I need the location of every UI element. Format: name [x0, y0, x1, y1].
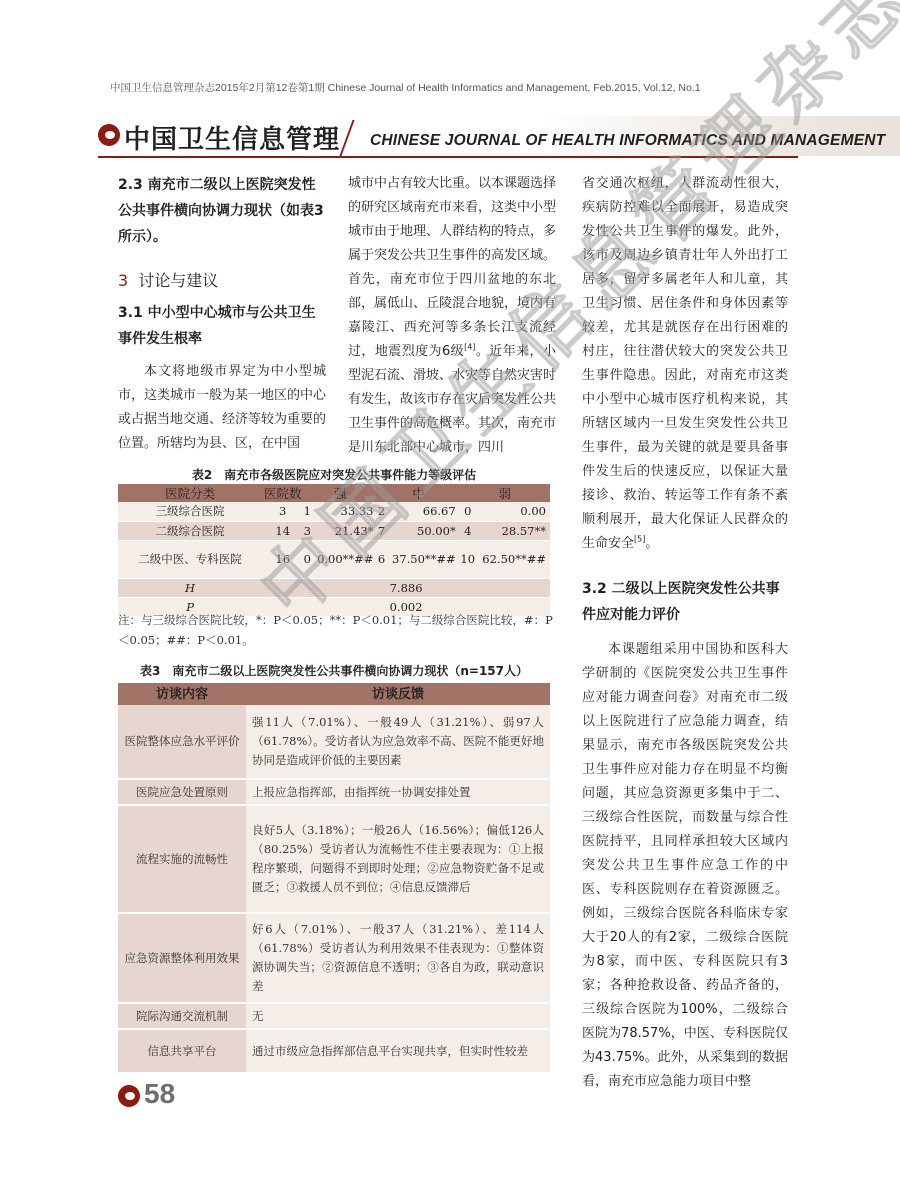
column-header: 中	[377, 484, 459, 502]
cell: 21.43*	[311, 521, 377, 540]
paragraph: 本课题组采用中国协和医科大学研制的《医院突发公共卫生事件应对能力调查问卷》对南充…	[582, 638, 788, 1094]
page-number: 58	[144, 1078, 175, 1110]
section-2-3-heading: 2.3 南充市二级以上医院突发性公共事件横向协调力现状（如表3所示）。	[118, 172, 326, 250]
column-1: 2.3 南充市二级以上医院突发性公共事件横向协调力现状（如表3所示）。 3讨论与…	[118, 172, 326, 456]
table-row: 医院整体应急水平评价 强11人（7.01%）、一般49人（31.21%）、弱97…	[118, 705, 550, 779]
cell: 7.886	[262, 578, 550, 597]
paragraph-text: 。	[645, 536, 658, 551]
cell: 3	[303, 521, 311, 540]
cell: 0.00	[476, 502, 550, 521]
cell: 0	[303, 540, 311, 578]
column-header: 医院分类	[118, 484, 262, 502]
running-head: 中国卫生信息管理杂志2015年2月第12卷第1期 Chinese Journal…	[110, 80, 701, 95]
cell: 好6人（7.01%）、一般37人（31.21%）、差114人（61.78%）受访…	[246, 913, 550, 1003]
cell: 66.67	[386, 502, 460, 521]
cell: 0.00**##	[311, 540, 377, 578]
column-header: 访谈内容	[118, 683, 246, 705]
cell: 1	[303, 502, 311, 521]
table-3: 访谈内容 访谈反馈 医院整体应急水平评价 强11人（7.01%）、一般49人（3…	[118, 683, 550, 1074]
table-row: 医院应急处置原则 上报应急指挥部，由指挥统一协调安排处置	[118, 779, 550, 805]
paragraph-text: 省交通次枢纽，人群流动性很大，疾病防控难以全面展开，易造成突发性公共卫生事件的爆…	[582, 176, 788, 551]
column-2: 城市中占有较大比重。以本课题选择的研究区域南充市来看，这类中小型城市由于地理、人…	[348, 172, 556, 460]
cell: 6	[377, 540, 385, 578]
citation-ref[interactable]: [4]	[464, 343, 475, 352]
cell: 流程实施的流畅性	[118, 805, 246, 913]
cell: 16	[262, 540, 303, 578]
cell: 3	[262, 502, 303, 521]
cell: 33.33	[311, 502, 377, 521]
cell: H	[118, 578, 262, 597]
table-3-caption: 表3 南充市二级以上医院突发性公共事件横向协调力现状（n=157人）	[118, 662, 550, 679]
cell: 院际沟通交流机制	[118, 1003, 246, 1029]
cell: 医院整体应急水平评价	[118, 705, 246, 779]
masthead-rule	[98, 156, 798, 158]
section-3-2-heading: 3.2 二级以上医院突发性公共事件应对能力评价	[582, 576, 788, 628]
table-2-note: 注：与三级综合医院比较，*：P＜0.05；**：P＜0.01；与二级综合医院比较…	[118, 610, 554, 650]
cell: 7	[377, 521, 385, 540]
citation-ref[interactable]: [5]	[634, 535, 645, 544]
table-header-row: 访谈内容 访谈反馈	[118, 683, 550, 705]
table-row: 流程实施的流畅性 良好5人（3.18%）；一般26人（16.56%）；偏低126…	[118, 805, 550, 913]
masthead: 中国卫生信息管理 CHINESE JOURNAL OF HEALTH INFOR…	[0, 116, 900, 156]
table-row: 应急资源整体利用效果 好6人（7.01%）、一般37人（31.21%）、差114…	[118, 913, 550, 1003]
column-header: 弱	[460, 484, 550, 502]
journal-title-en: CHINESE JOURNAL OF HEALTH INFORMATICS AN…	[370, 132, 885, 150]
cell: 通过市级应急指挥部信息平台实现共享，但实时性较差	[246, 1029, 550, 1073]
cell: 三级综合医院	[118, 502, 262, 521]
cell: 4	[460, 521, 476, 540]
paragraph: 省交通次枢纽，人群流动性很大，疾病防控难以全面展开，易造成突发性公共卫生事件的爆…	[582, 172, 788, 556]
top-margin	[0, 0, 900, 60]
paragraph: 城市中占有较大比重。以本课题选择的研究区域南充市来看，这类中小型城市由于地理、人…	[348, 172, 556, 460]
column-3: 省交通次枢纽，人群流动性很大，疾病防控难以全面展开，易造成突发性公共卫生事件的爆…	[582, 172, 788, 1094]
cell: 28.57**	[476, 521, 550, 540]
cell: 50.00*	[386, 521, 460, 540]
column-header: 强	[303, 484, 377, 502]
cell: 医院应急处置原则	[118, 779, 246, 805]
footer-logo-icon	[118, 1085, 140, 1107]
column-header: 访谈反馈	[246, 683, 550, 705]
cell: 信息共享平台	[118, 1029, 246, 1073]
cell: 二级综合医院	[118, 521, 262, 540]
section-3-title: 讨论与建议	[138, 271, 218, 290]
journal-title-cn: 中国卫生信息管理	[124, 119, 340, 156]
table-row: 三级综合医院 3 1 33.33 2 66.67 0 0.00	[118, 502, 550, 521]
cell: 应急资源整体利用效果	[118, 913, 246, 1003]
table-2: 医院分类 医院数 强 中 弱 三级综合医院 3 1 33.33 2 66.67 …	[118, 484, 550, 617]
cell: 2	[377, 502, 385, 521]
section-3-1-heading: 3.1 中小型中心城市与公共卫生事件发生根率	[118, 300, 326, 352]
column-header: 医院数	[262, 484, 303, 502]
section-3-number: 3	[118, 271, 128, 290]
cell: 二级中医、专科医院	[118, 540, 262, 578]
paragraph: 本文将地级市界定为中小型城市，这类城市一般为某一地区的中心或占据当地交通、经济等…	[118, 360, 326, 456]
cell: 良好5人（3.18%）；一般26人（16.56%）；偏低126人（80.25%）…	[246, 805, 550, 913]
table-row: 二级中医、专科医院 16 0 0.00**## 6 37.50**## 10 6…	[118, 540, 550, 578]
table-row: 二级综合医院 14 3 21.43* 7 50.00* 4 28.57**	[118, 521, 550, 540]
cell: 10	[460, 540, 476, 578]
cell: 0	[460, 502, 476, 521]
table-header-row: 医院分类 医院数 强 中 弱	[118, 484, 550, 502]
journal-logo-icon	[98, 124, 120, 146]
cell: 14	[262, 521, 303, 540]
table-2-caption: 表2 南充市各级医院应对突发公共事件能力等级评估	[118, 466, 550, 483]
paragraph-text: 。近年来，小型泥石流、滑坡、水灾等自然灾害时有发生，故该市存在灾后突发性公共卫生…	[348, 344, 556, 455]
cell: 62.50**##	[476, 540, 550, 578]
cell: 强11人（7.01%）、一般49人（31.21%）、弱97人（61.78%）。受…	[246, 705, 550, 779]
paragraph-text: 城市中占有较大比重。以本课题选择的研究区域南充市来看，这类中小型城市由于地理、人…	[348, 176, 556, 359]
table-row-h: H 7.886	[118, 578, 550, 597]
table-row: 信息共享平台 通过市级应急指挥部信息平台实现共享，但实时性较差	[118, 1029, 550, 1073]
cell: 37.50**##	[386, 540, 460, 578]
section-3-heading: 3讨论与建议	[118, 268, 326, 294]
cell: 上报应急指挥部，由指挥统一协调安排处置	[246, 779, 550, 805]
table-row: 院际沟通交流机制 无	[118, 1003, 550, 1029]
cell: 无	[246, 1003, 550, 1029]
